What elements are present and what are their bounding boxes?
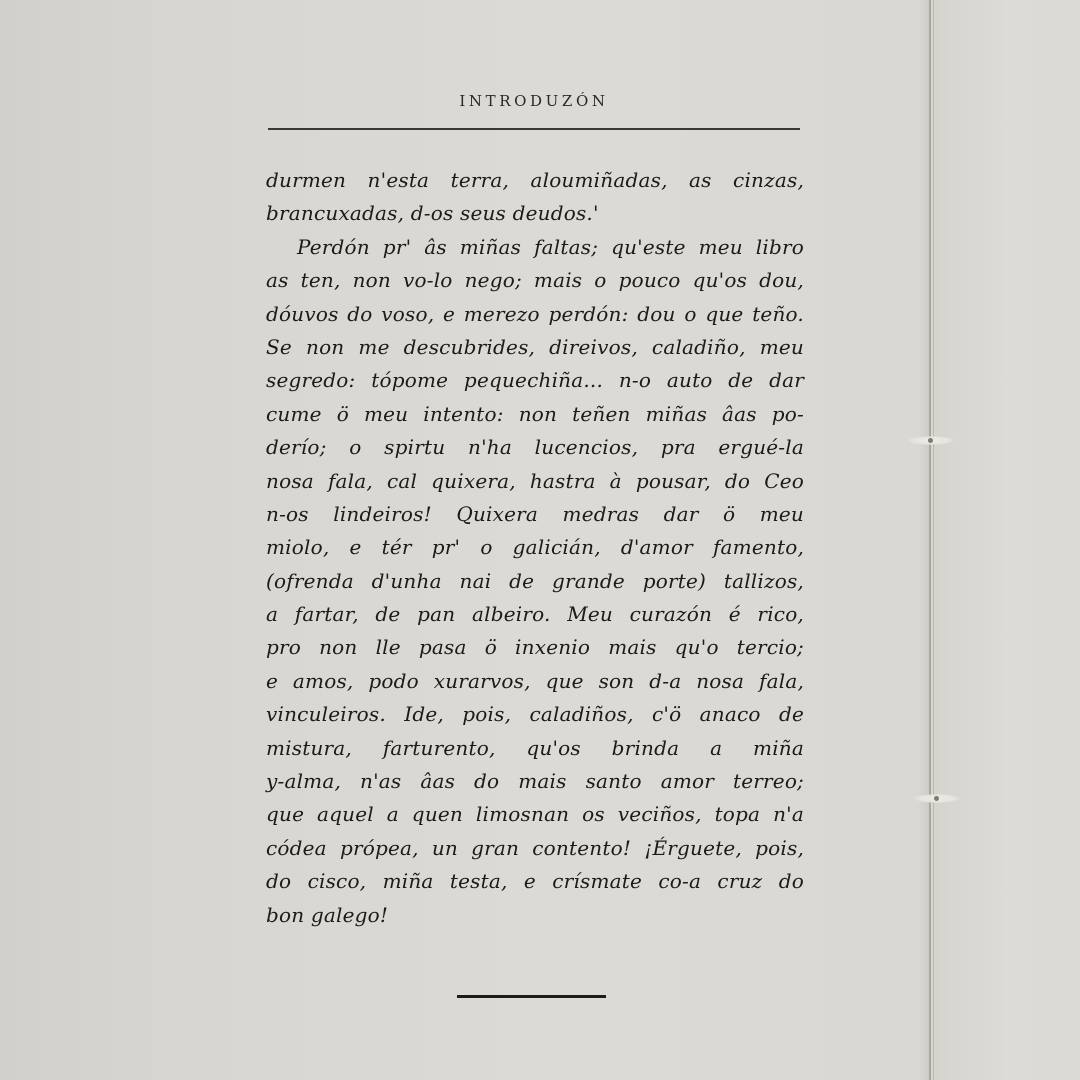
binding-stitch-icon	[914, 794, 960, 803]
header-rule	[268, 128, 800, 130]
text-line: e amos, podo xurarvos, que son d-a nosa …	[266, 665, 804, 698]
text-line: (ofrenda d'unha nai de grande porte) tal…	[266, 565, 804, 598]
book-gutter	[929, 0, 931, 1080]
text-line: Se non me descubrides, direivos, caladiñ…	[266, 331, 804, 364]
text-line: que aquel a quen limosnan os veciños, to…	[266, 798, 804, 831]
text-line: miolo, e tér pr' o galicián, d'amor fame…	[266, 531, 804, 564]
text-line: nosa fala, cal quixera, hastra à pousar,…	[266, 465, 804, 498]
text-line: do cisco, miña testa, e crísmate co-a cr…	[266, 865, 804, 898]
text-line: segredo: tópome pequechiña... n-o auto d…	[266, 364, 804, 397]
binding-stitch-icon	[908, 436, 954, 445]
text-line: as ten, non vo-lo nego; mais o pouco qu'…	[266, 264, 804, 297]
text-line: bon galego!	[266, 899, 804, 932]
text-line: cume ö meu intento: non teñen miñas âas …	[266, 398, 804, 431]
text-line: pro non lle pasa ö inxenio mais qu'o ter…	[266, 631, 804, 664]
facing-page-edge	[934, 0, 1080, 1080]
text-line: dóuvos do voso, e merezo perdón: dou o q…	[266, 298, 804, 331]
paragraph-start-line: Perdón pr' âs miñas faltas; qu'este meu …	[266, 231, 804, 264]
book-page: INTRODUZÓN durmen n'esta terra, aloumiña…	[0, 0, 930, 1080]
text-line: a fartar, de pan albeiro. Meu curazón é …	[266, 598, 804, 631]
text-line: brancuxadas, d-os seus deudos.'	[266, 197, 804, 230]
text-line: durmen n'esta terra, aloumiñadas, as cin…	[266, 164, 804, 197]
running-head: INTRODUZÓN	[268, 92, 800, 110]
text-line: n-os lindeiros! Quixera medras dar ö meu	[266, 498, 804, 531]
text-line: códea própea, un gran contento! ¡Érguete…	[266, 832, 804, 865]
text-line: y-alma, n'as âas do mais santo amor terr…	[266, 765, 804, 798]
closing-rule	[457, 995, 606, 998]
text-line: mistura, farturento, qu'os brinda a miña	[266, 732, 804, 765]
text-line: vinculeiros. Ide, pois, caladiños, c'ö a…	[266, 698, 804, 731]
text-line: derío; o spirtu n'ha lucencios, pra ergu…	[266, 431, 804, 464]
body-text: durmen n'esta terra, aloumiñadas, as cin…	[266, 164, 804, 932]
